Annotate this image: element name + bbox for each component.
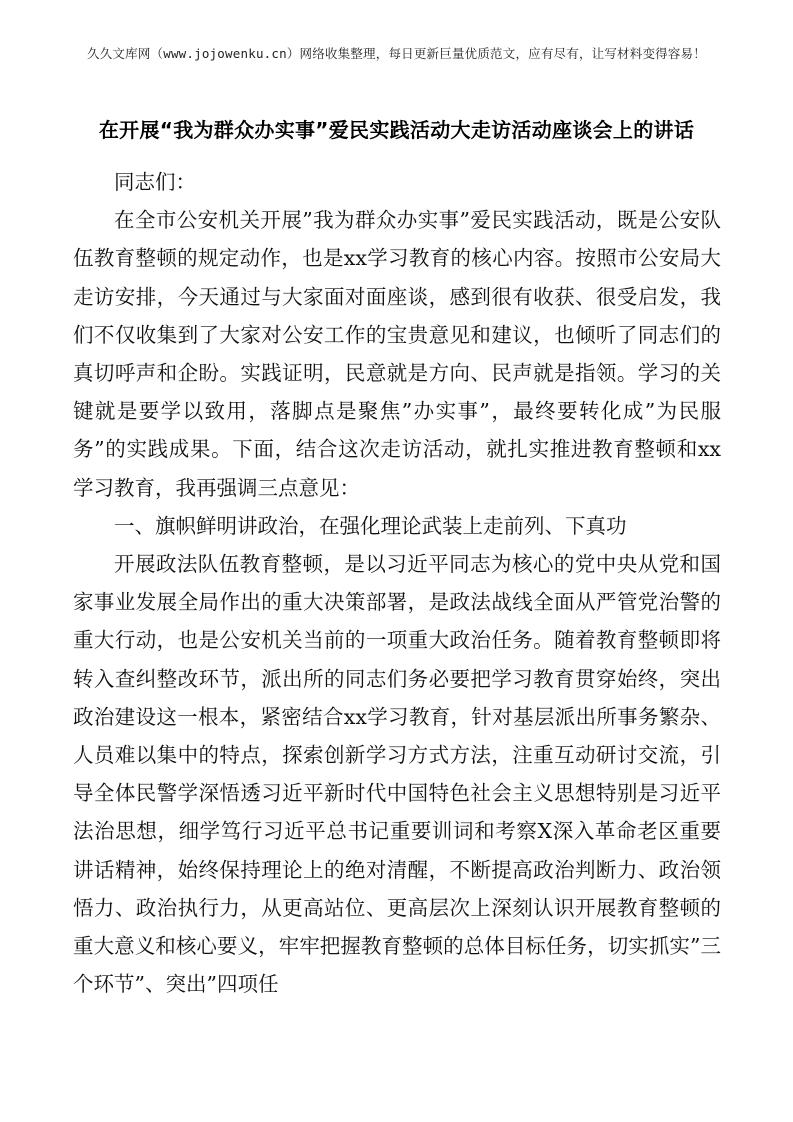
salutation: 同志们： [73, 163, 721, 201]
section-heading: 一、旗帜鲜明讲政治，在强化理论武装上走前列、下真功 [73, 507, 721, 545]
body-paragraph: 在全市公安机关开展”我为群众办实事”爱民实践活动，既是公安队伍教育整顿的规定动作… [73, 201, 721, 507]
body-paragraph: 开展政法队伍教育整顿，是以习近平同志为核心的党中央从党和国家事业发展全局作出的重… [73, 545, 721, 1003]
document-body: 同志们： 在全市公安机关开展”我为群众办实事”爱民实践活动，既是公安队伍教育整顿… [73, 163, 721, 1003]
document-title: 在开展“我为群众办实事”爱民实践活动大走访活动座谈会上的讲话 [0, 114, 793, 143]
header-watermark-note: 久久文库网（www.jojowenku.cn）网络收集整理，每日更新巨量优质范文… [0, 44, 793, 62]
